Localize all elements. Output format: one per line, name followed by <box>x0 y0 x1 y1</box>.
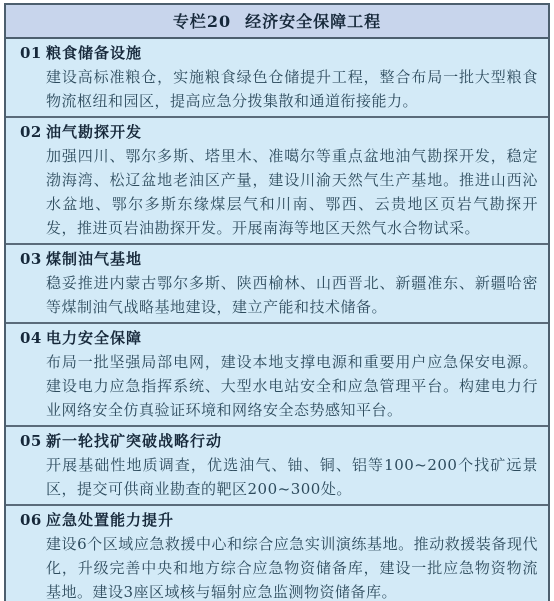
section-06: 06 应急处置能力提升 建设6个区域应急救援中心和综合应急实训演练基地。推动救援… <box>6 504 548 601</box>
section-body: 建设6个区域应急救援中心和综合应急实训演练基地。推动救援装备现代化，升级完善中央… <box>46 532 538 601</box>
section-body: 开展基础性地质调查，优选油气、铀、铜、铝等100~200个找矿远景区，提交可供商… <box>46 453 538 501</box>
section-number: 06 <box>20 508 46 532</box>
section-03: 03 煤制油气基地 稳妥推进内蒙古鄂尔多斯、陕西榆林、山西晋北、新疆准东、新疆哈… <box>6 243 548 322</box>
section-04-head: 04 电力安全保障 <box>15 326 540 350</box>
section-number: 01 <box>20 41 46 65</box>
section-02-head: 02 油气勘探开发 <box>15 120 540 144</box>
section-02: 02 油气勘探开发 加强四川、鄂尔多斯、塔里木、准噶尔等重点盆地油气勘探开发，稳… <box>6 116 548 243</box>
section-body: 建设高标准粮仓，实施粮食绿色仓储提升工程，整合布局一批大型粮食物流枢纽和园区，提… <box>46 65 538 113</box>
section-number: 02 <box>20 120 46 144</box>
box-header: 专栏20经济安全保障工程 <box>6 5 548 39</box>
section-04: 04 电力安全保障 布局一批坚强局部电网，建设本地支撑电源和重要用户应急保安电源… <box>6 322 548 425</box>
section-01: 01 粮食储备设施 建设高标准粮仓，实施粮食绿色仓储提升工程，整合布局一批大型粮… <box>6 39 548 116</box>
section-05: 05 新一轮找矿突破战略行动 开展基础性地质调查，优选油气、铀、铜、铝等100~… <box>6 425 548 504</box>
section-title: 煤制油气基地 <box>46 247 142 271</box>
box-header-title: 经济安全保障工程 <box>245 12 381 31</box>
section-body: 加强四川、鄂尔多斯、塔里木、准噶尔等重点盆地油气勘探开发，稳定渤海湾、松辽盆地老… <box>46 144 538 240</box>
section-title: 粮食储备设施 <box>46 41 142 65</box>
section-05-head: 05 新一轮找矿突破战略行动 <box>15 429 540 453</box>
section-title: 油气勘探开发 <box>46 120 142 144</box>
section-title: 新一轮找矿突破战略行动 <box>46 429 222 453</box>
section-body: 稳妥推进内蒙古鄂尔多斯、陕西榆林、山西晋北、新疆准东、新疆哈密等煤制油气战略基地… <box>46 271 538 319</box>
section-03-head: 03 煤制油气基地 <box>15 247 540 271</box>
box-header-label: 专栏20 <box>173 12 231 31</box>
section-body: 布局一批坚强局部电网，建设本地支撑电源和重要用户应急保安电源。建设电力应急指挥系… <box>46 350 538 422</box>
section-number: 05 <box>20 429 46 453</box>
section-01-head: 01 粮食储备设施 <box>15 41 540 65</box>
section-title: 电力安全保障 <box>46 326 142 350</box>
section-title: 应急处置能力提升 <box>46 508 174 532</box>
page: 专栏20经济安全保障工程 01 粮食储备设施 建设高标准粮仓，实施粮食绿色仓储提… <box>0 0 554 601</box>
section-06-head: 06 应急处置能力提升 <box>15 508 540 532</box>
column-box: 专栏20经济安全保障工程 01 粮食储备设施 建设高标准粮仓，实施粮食绿色仓储提… <box>4 3 550 601</box>
section-number: 03 <box>20 247 46 271</box>
section-number: 04 <box>20 326 46 350</box>
